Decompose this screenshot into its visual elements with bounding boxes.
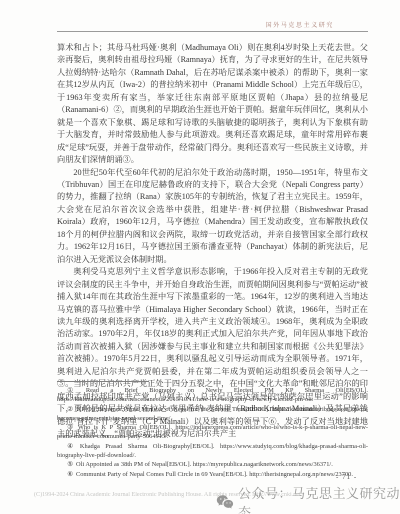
footnote-item: ①Read a Brief Biography on Newly Elected…	[57, 386, 368, 405]
body-paragraph: 20世纪50年代至60年代初的尼泊尔处于政治动荡时期，1950—1951年，特里…	[57, 167, 368, 267]
footnote-text: KP Oli Becomes Prime Minister of Nepal f…	[57, 406, 368, 422]
footnote-marker: ④	[67, 443, 77, 450]
footnote-text: Communist Party of Nepal Comes Full Circ…	[76, 471, 353, 478]
body-paragraph: 算术和占卜；其母马杜玛娅·奥利（Madhumaya Oli）则在奥利4岁时染上天…	[57, 42, 368, 167]
footnote-separator	[57, 381, 149, 382]
footnote-text: Oli Appointed as 38th PM of Nepal[EB/OL]…	[76, 461, 333, 468]
footnote-item: ②KP Oli Becomes Prime Minister of Nepal …	[57, 405, 368, 424]
footnote-item: ③Who is K P Sharma Oli[EB/OL]. https://i…	[57, 423, 368, 442]
wechat-watermark: 公众号：马克思主义研究动态	[216, 483, 400, 514]
watermark-label: 公众号：马克思主义研究动态	[238, 483, 400, 514]
running-head-title: 国外马克思主义研究	[266, 20, 334, 29]
footnote-marker: ⑥	[67, 471, 73, 478]
footnote-marker: ③	[67, 424, 75, 431]
footnote-text: Who is K P Sharma Oli[EB/OL]. https://in…	[57, 424, 368, 440]
journal-page: 国外马克思主义研究 算术和占卜；其母马杜玛娅·奥利（Madhumaya Oli）…	[0, 0, 400, 514]
footnote-marker: ①	[67, 387, 83, 394]
footnote-marker: ②	[67, 406, 74, 413]
footnote-item: ⑤Oli Appointed as 38th PM of Nepal[EB/OL…	[57, 460, 368, 469]
footnote-text: Khadga Prasad Sharma Oli-Biography[EB/OL…	[57, 443, 368, 459]
wechat-icon	[216, 494, 234, 510]
footnote-list: ①Read a Brief Biography on Newly Elected…	[57, 386, 368, 479]
page-number: - 71 -	[336, 473, 357, 481]
footnote-item: ④Khadga Prasad Sharma Oli-Biography[EB/O…	[57, 442, 368, 461]
footnote-text: Read a Brief Biography on Newly Elected …	[57, 387, 368, 403]
footnote-marker: ⑤	[67, 461, 73, 468]
header-rule	[57, 31, 368, 32]
footnote-item: ⑥Communist Party of Nepal Comes Full Cir…	[57, 470, 368, 479]
